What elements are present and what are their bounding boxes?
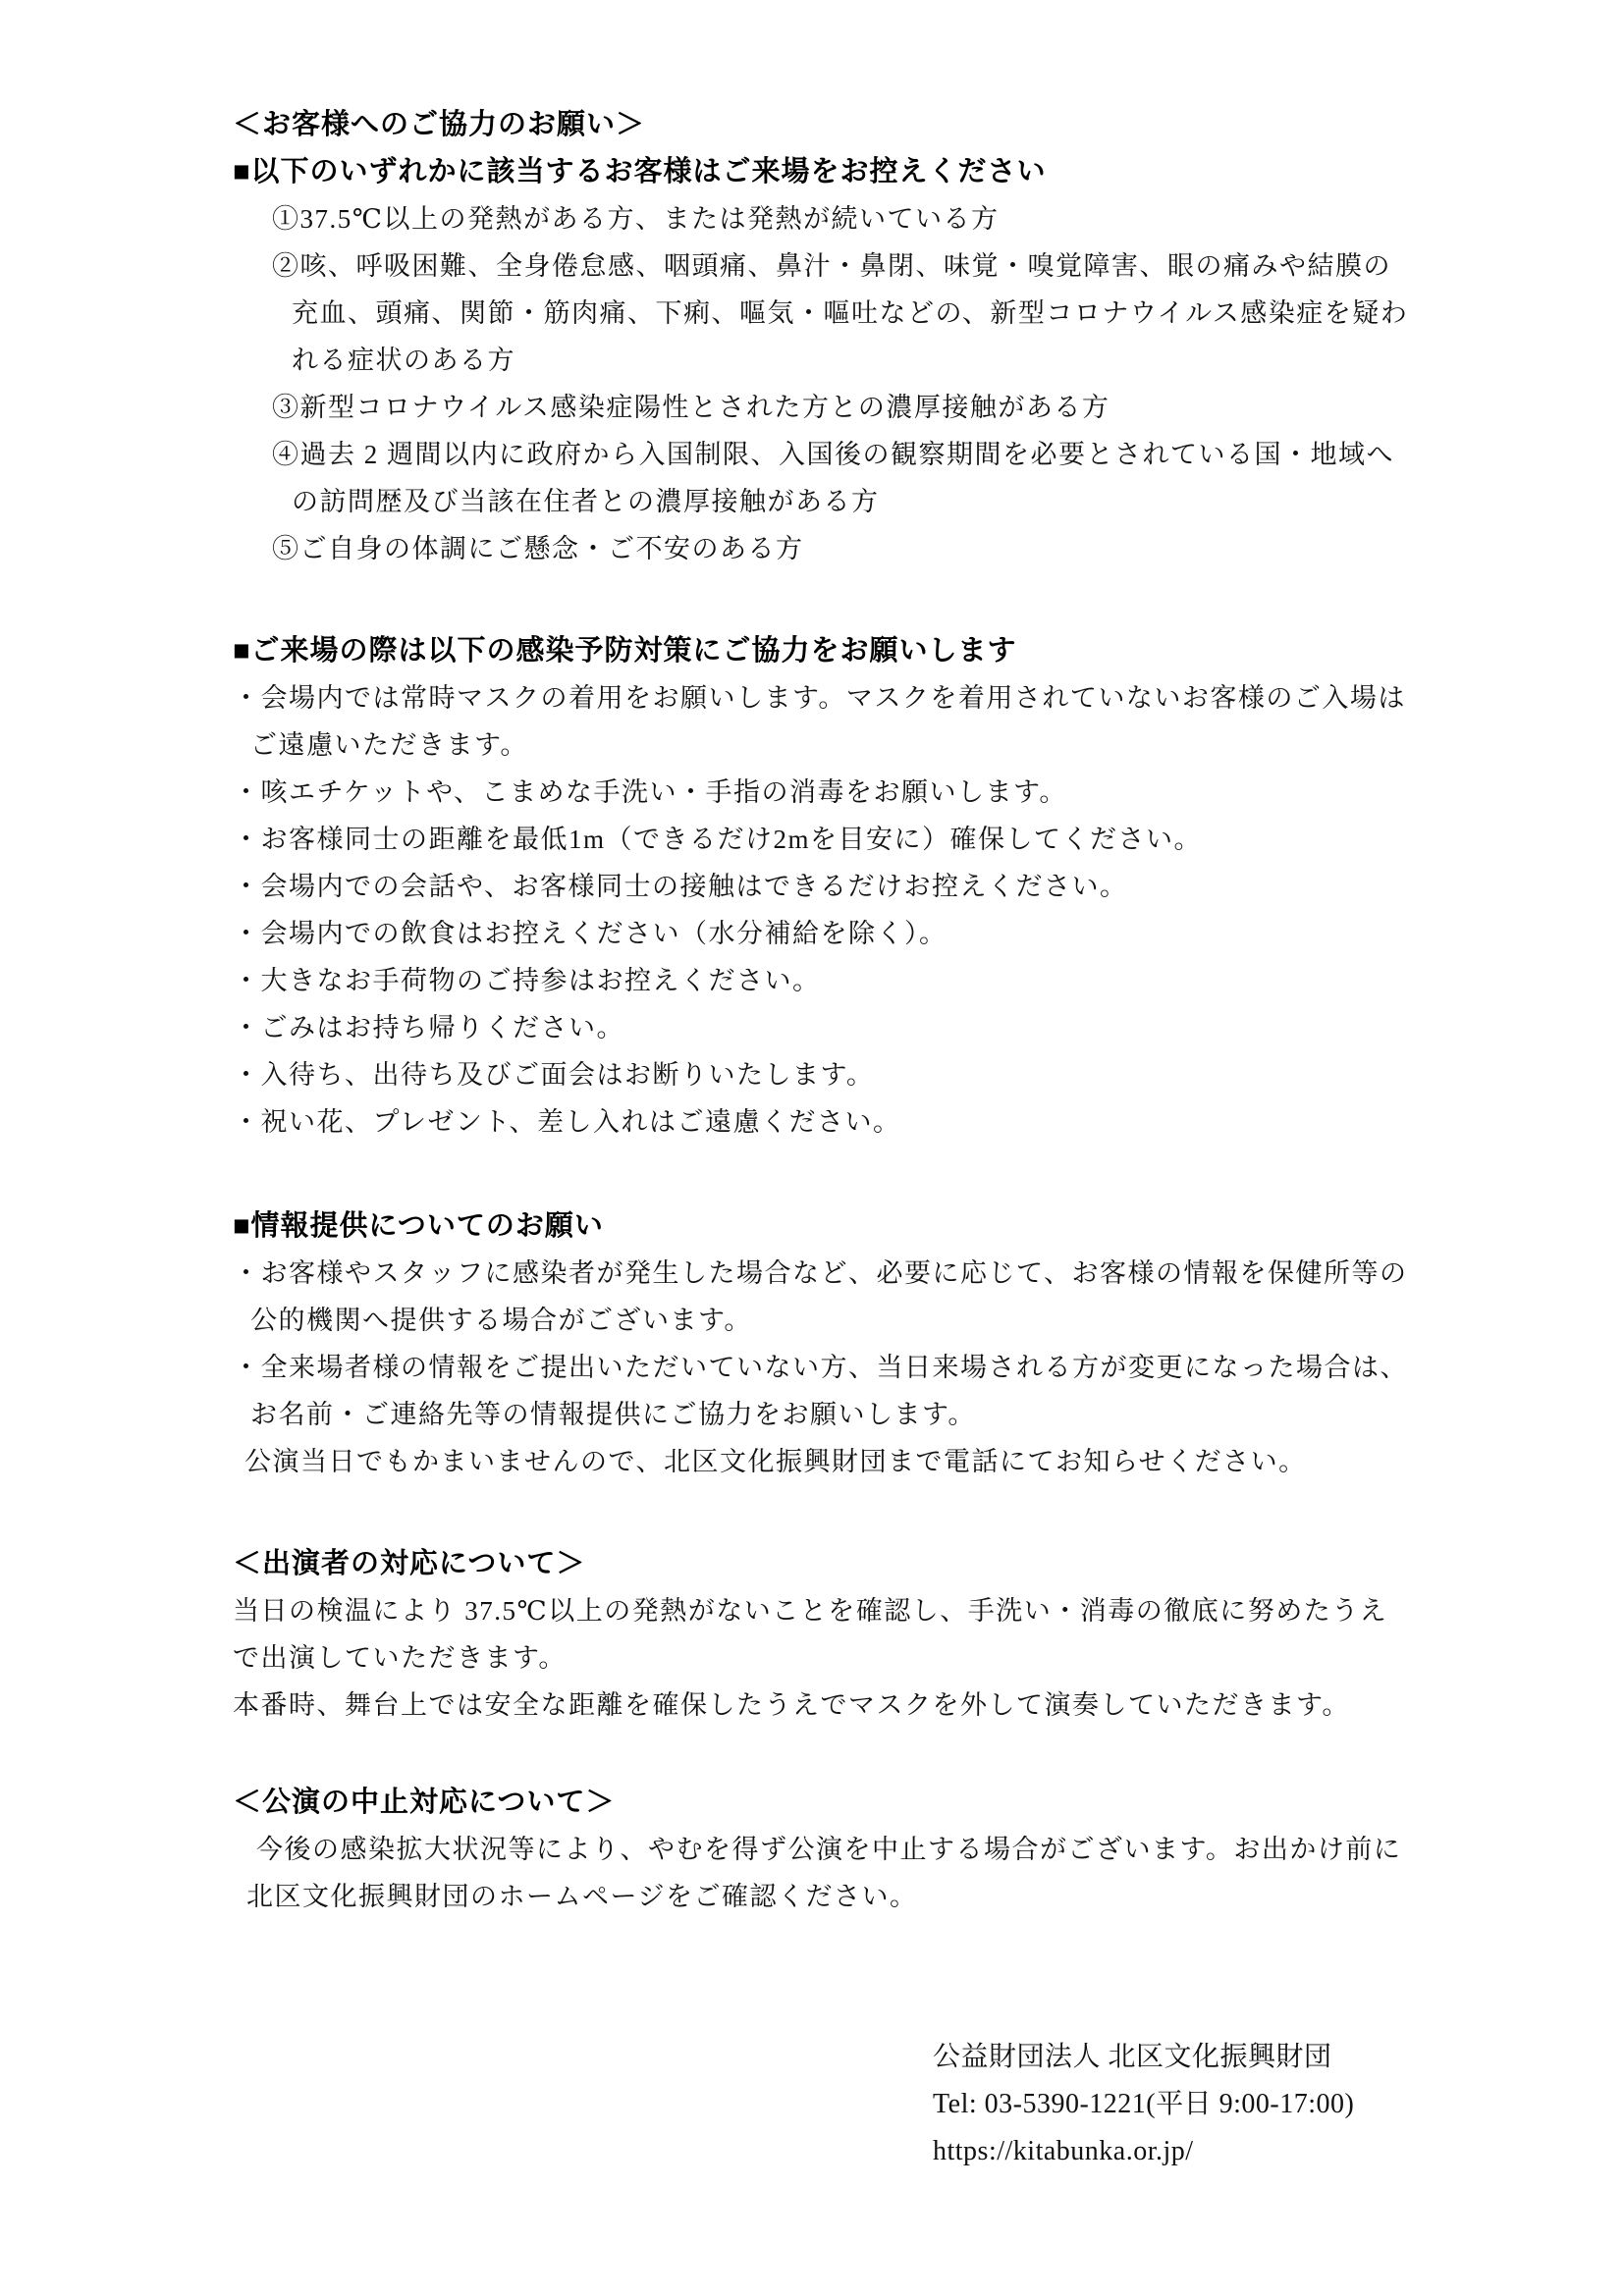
prevention-item-4: ・会場内での会話や、お客様同士の接触はできるだけお控えください。: [233, 863, 1413, 910]
performers-paragraph-2: 本番時、舞台上では安全な距離を確保したうえでマスクを外して演奏していただきます。: [233, 1682, 1413, 1729]
prevention-item-8: ・入待ち、出待ち及びご面会はお断りいたします。: [233, 1051, 1413, 1098]
prevention-item-7: ・ごみはお持ち帰りください。: [233, 1004, 1413, 1051]
prevention-item-9: ・祝い花、プレゼント、差し入れはご遠慮ください。: [233, 1098, 1413, 1146]
cancellation-title: ＜公演の中止対応について＞: [233, 1779, 1413, 1826]
prevention-item-6: ・大きなお手荷物のご持参はお控えください。: [233, 957, 1413, 1004]
footer-contact: 公益財団法人 北区文化振興財団 Tel: 03-5390-1221(平日 9:0…: [933, 2034, 1413, 2175]
document-page: ＜お客様へのご協力のお願い＞ ■以下のいずれかに該当するお客様はご来場をお控えく…: [0, 0, 1624, 2296]
prevention-heading: ■ご来場の際は以下の感染予防対策にご協力をお願いします: [233, 627, 1413, 674]
refrain-item-5: ⑤ご自身の体調にご懸念・ご不安のある方: [233, 525, 1413, 572]
refrain-list: ①37.5℃以上の発熱がある方、または発熱が続いている方 ②咳、呼吸困難、全身倦…: [233, 195, 1413, 572]
prevention-list: ・会場内では常時マスクの着用をお願いします。マスクを着用されていないお客様のご入…: [233, 674, 1413, 1146]
visitor-request-title: ＜お客様へのご協力のお願い＞: [233, 101, 1413, 148]
performers-paragraph-1: 当日の検温により 37.5℃以上の発熱がないことを確認し、手洗い・消毒の徹底に努…: [233, 1587, 1413, 1682]
information-heading: ■情報提供についてのお願い: [233, 1202, 1413, 1250]
information-list: ・お客様やスタッフに感染者が発生した場合など、必要に応じて、お客様の情報を保健所…: [233, 1250, 1413, 1485]
refrain-item-4: ④過去 2 週間以内に政府から入国制限、入国後の観察期間を必要とされている国・地…: [233, 431, 1413, 525]
prevention-item-3: ・お客様同士の距離を最低1m（できるだけ2mを目安に）確保してください。: [233, 816, 1413, 863]
prevention-item-5: ・会場内での飲食はお控えください（水分補給を除く）。: [233, 910, 1413, 957]
information-item-1: ・お客様やスタッフに感染者が発生した場合など、必要に応じて、お客様の情報を保健所…: [233, 1250, 1413, 1344]
performers-body: 当日の検温により 37.5℃以上の発熱がないことを確認し、手洗い・消毒の徹底に努…: [233, 1587, 1413, 1729]
performers-title: ＜出演者の対応について＞: [233, 1540, 1413, 1587]
refrain-item-2: ②咳、呼吸困難、全身倦怠感、咽頭痛、鼻汁・鼻閉、味覚・嗅覚障害、眼の痛みや結膜の…: [233, 242, 1413, 384]
refrain-heading: ■以下のいずれかに該当するお客様はご来場をお控えください: [233, 148, 1413, 195]
refrain-item-3: ③新型コロナウイルス感染症陽性とされた方との濃厚接触がある方: [233, 384, 1413, 431]
information-item-2: ・全来場者様の情報をご提出いただいていない方、当日来場される方が変更になった場合…: [233, 1344, 1413, 1438]
cancellation-body: 今後の感染拡大状況等により、やむを得ず公演を中止する場合がございます。お出かけ前…: [233, 1826, 1413, 1920]
refrain-item-1: ①37.5℃以上の発熱がある方、または発熱が続いている方: [233, 195, 1413, 242]
footer-tel: Tel: 03-5390-1221(平日 9:00-17:00): [933, 2081, 1413, 2128]
prevention-item-1: ・会場内では常時マスクの着用をお願いします。マスクを着用されていないお客様のご入…: [233, 674, 1413, 769]
cancellation-paragraph: 今後の感染拡大状況等により、やむを得ず公演を中止する場合がございます。お出かけ前…: [233, 1826, 1413, 1920]
footer-url: https://kitabunka.or.jp/: [933, 2128, 1413, 2175]
footer-organization: 公益財団法人 北区文化振興財団: [933, 2034, 1413, 2081]
prevention-item-2: ・咳エチケットや、こまめな手洗い・手指の消毒をお願いします。: [233, 769, 1413, 816]
information-note: 公演当日でもかまいませんので、北区文化振興財団まで電話にてお知らせください。: [233, 1438, 1413, 1485]
